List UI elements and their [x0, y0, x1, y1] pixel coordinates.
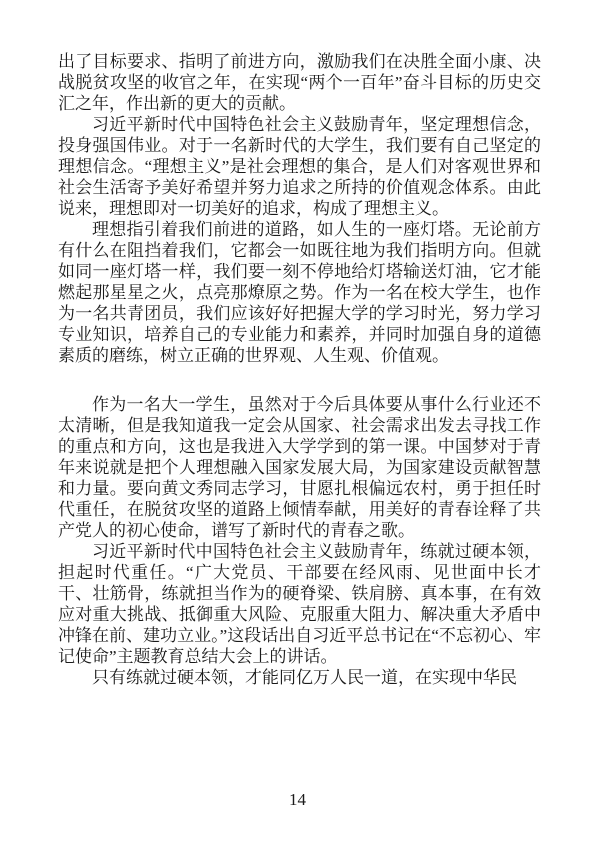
paragraph: 习近平新时代中国特色社会主义鼓励青年，练就过硬本领，担起时代重任。“广大党员、干… [58, 541, 541, 667]
paragraph: 出了目标要求、指明了前进方向，激励我们在决胜全面小康、决战脱贫攻坚的收官之年，在… [58, 51, 541, 114]
paragraph: 习近平新时代中国特色社会主义鼓励青年，坚定理想信念，投身强国伟业。对于一名新时代… [58, 114, 541, 219]
paragraph: 理想指引着我们前进的道路，如人生的一座灯塔。无论前方有什么在阻挡着我们，它都会一… [58, 219, 541, 366]
paragraph: 只有练就过硬本领，才能同亿万人民一道，在实现中华民 [58, 667, 541, 688]
paragraph: 作为一名大一学生，虽然对于今后具体要从事什么行业还不太清晰，但是我知道我一定会从… [58, 394, 541, 541]
page-text: 出了目标要求、指明了前进方向，激励我们在决胜全面小康、决战脱贫攻坚的收官之年，在… [58, 51, 541, 688]
document-page: 出了目标要求、指明了前进方向，激励我们在决胜全面小康、决战脱贫攻坚的收官之年，在… [0, 0, 595, 842]
page-number: 14 [0, 789, 595, 810]
